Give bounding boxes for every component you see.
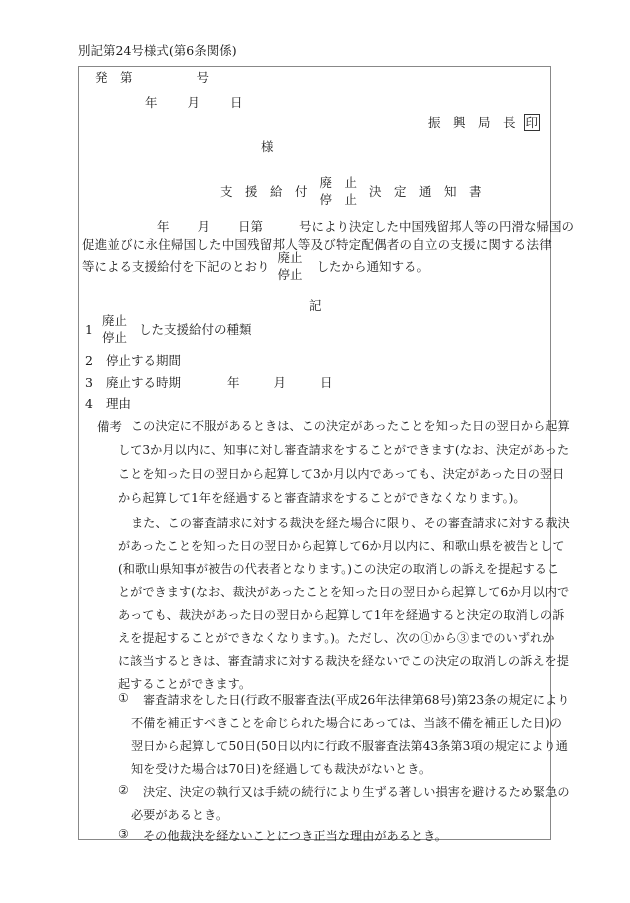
item-label: 停止する期間 <box>106 353 181 368</box>
issue-suffix: 号 <box>196 70 209 85</box>
item-label: 理由 <box>106 396 131 411</box>
item-label: した支援給付の種類 <box>139 320 252 338</box>
intro-option-bottom: 停止 <box>278 266 303 283</box>
item-3-month: 月 <box>273 375 286 390</box>
date-month: 月 <box>187 95 200 110</box>
item-2: 2 停止する期間 <box>85 351 181 369</box>
remarks-p2-line: あっても、裁決があった日の翌日から起算して1年を経過すると決定の取消しの訴 <box>118 606 564 623</box>
intro-rest: 号により決定した中国残留邦人等の円滑な帰国の <box>299 219 574 234</box>
case-line: 決定、決定の執行又は手続の続行により生ずる著しい損害を避けるため緊急の <box>143 783 570 800</box>
intro-option: 廃止 停止 <box>278 249 303 283</box>
document-title: 支 援 給 付 廃 止 停 止 決 定 通 知 書 <box>220 174 482 208</box>
item-3: 3 廃止する時期 年 月 日 <box>85 373 332 391</box>
remarks-p2-line: 起することができます。 <box>118 675 251 692</box>
remarks-heading: 備考 <box>97 417 122 435</box>
item-number: 1 <box>85 322 102 337</box>
remarks-p2-line: とができます(なお、裁決があったことを知った日の翌日から起算して6か月以内で <box>118 583 569 600</box>
remarks-p2-line: えを提起することができなくなります。)。ただし、次の①から③までのいずれか <box>118 629 554 646</box>
date-year: 年 <box>145 95 158 110</box>
issue-number: 発 第 号 <box>95 68 209 86</box>
item-3-day: 日 <box>320 375 333 390</box>
issue-prefix: 発 第 <box>95 70 133 85</box>
seal-mark: 印 <box>524 114 541 131</box>
item-3-year: 年 <box>227 375 240 390</box>
remarks-p1-line: ことを知った日の翌日から起算して3か月以内であっても、決定があった日の翌日 <box>118 465 564 482</box>
ki-heading: 記 <box>309 296 322 314</box>
case-mark: ② <box>118 783 129 797</box>
item-4: 4 理由 <box>85 394 131 412</box>
item-number: 4 <box>85 396 102 411</box>
remarks-p1-line: して3か月以内に、知事に対し審査請求をすることができます(なお、決定があった <box>118 441 569 458</box>
title-option-bottom: 停 止 <box>320 191 358 208</box>
remarks-p2-line: (和歌山県知事が被告の代表者となります。)この決定の取消しの訴えを提起するこ <box>118 560 559 577</box>
case-line: 翌日から起算して50日(50日以内に行政不服審査法第43条第3項の規定により通 <box>131 737 568 754</box>
case-line: 知を受けた場合は70日)を経過しても裁決がないとき。 <box>131 760 431 777</box>
date-day: 日 <box>230 95 243 110</box>
intro-line-3: 等による支援給付を下記のとおり 廃止 停止 したから通知する。 <box>82 249 429 283</box>
intro-year: 年 <box>157 219 170 234</box>
intro-line3-suffix: したから通知する。 <box>317 257 430 275</box>
remarks-p2-line: があったことを知った日の翌日から起算して6か月以内に、和歌山県を被告として <box>118 537 564 554</box>
title-option: 廃 止 停 止 <box>320 174 358 208</box>
item-label: 廃止する時期 <box>106 375 181 390</box>
intro-option-top: 廃止 <box>278 249 303 266</box>
case-line: その他裁決を経ないことにつき正当な理由があるとき。 <box>143 827 447 844</box>
intro-month: 月 <box>197 219 210 234</box>
item-1: 1 廃止 停止 した支援給付の種類 <box>85 312 252 346</box>
form-label: 別記第24号様式(第6条関係) <box>78 41 237 59</box>
item-1-option: 廃止 停止 <box>102 312 127 346</box>
remarks-p2-line: また、この審査請求に対する裁決を経た場合に限り、その審査請求に対する裁決 <box>131 514 570 531</box>
item-number: 3 <box>85 375 102 390</box>
item-number: 2 <box>85 353 102 368</box>
case-line: 必要があるとき。 <box>131 806 228 823</box>
case-line: 審査請求をした日(行政不服審査法(平成26年法律第68号)第23条の規定により <box>143 691 569 708</box>
issue-date: 年 月 日 <box>145 93 242 111</box>
title-prefix: 支 援 給 付 <box>220 182 308 200</box>
intro-line-1: 年 月 日第 号により決定した中国残留邦人等の円滑な帰国の <box>157 217 574 235</box>
remarks-p1-line: この決定に不服があるときは、この決定があったことを知った日の翌日から起算 <box>131 417 570 434</box>
remarks-p1-line: から起算して1年を経過すると審査請求をすることができなくなります。)。 <box>118 489 526 506</box>
case-mark: ③ <box>118 827 129 841</box>
remarks-p2-line: に該当するときは、審査請求に対する裁決を経ないでこの決定の取消しの訴えを提 <box>118 652 569 669</box>
addressee: 様 <box>261 137 274 155</box>
item-1-option-top: 廃止 <box>102 312 127 329</box>
case-line: 不備を補正すべきことを命じられた場合にあっては、当該不備を補正した日)の <box>131 714 562 731</box>
item-1-option-bottom: 停止 <box>102 329 127 346</box>
intro-line3-prefix: 等による支援給付を下記のとおり <box>82 257 270 275</box>
intro-day-no: 日第 <box>238 219 263 234</box>
title-option-top: 廃 止 <box>320 174 358 191</box>
title-suffix: 決 定 通 知 書 <box>369 182 482 200</box>
issuer: 振 興 局 長 印 <box>428 113 540 131</box>
case-mark: ① <box>118 691 129 705</box>
issuer-title: 振 興 局 長 <box>428 115 516 130</box>
